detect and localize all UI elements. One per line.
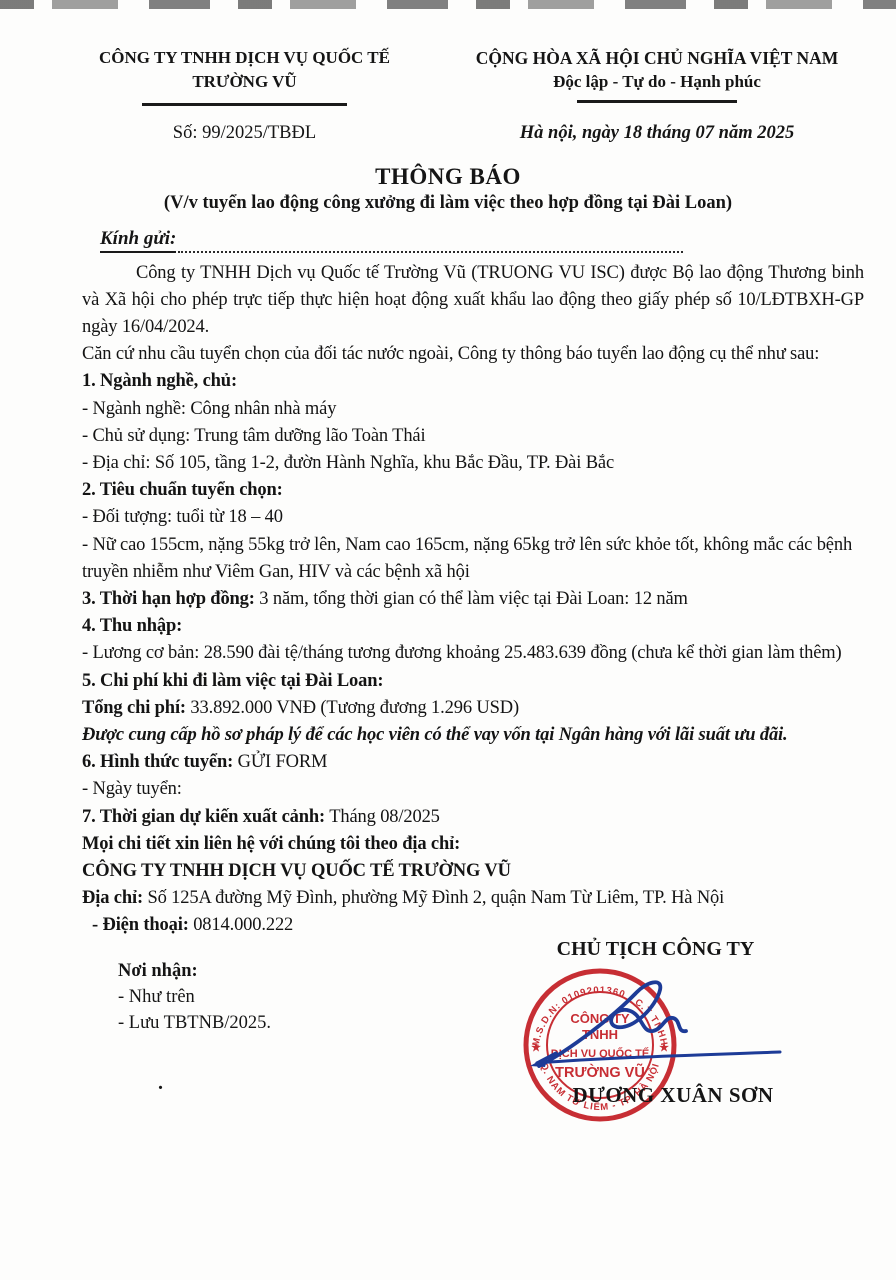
body-line-text: - Ngày tuyển: [82,779,182,799]
body-line: 1. Ngành nghề, chủ: [82,368,864,395]
body-line-bold-text: 3. Thời hạn hợp đồng: [82,589,255,609]
body-line-bold-text: 1. Ngành nghề, chủ: [82,371,237,391]
body-line: - Ngành nghề: Công nhân nhà máy [82,396,864,423]
body-line-bold-text: 7. Thời gian dự kiến xuất cảnh: [82,807,325,827]
body-line-text: Số 125A đường Mỹ Đình, phường Mỹ Đình 2,… [143,888,724,908]
document-body: Công ty TNHH Dịch vụ Quốc tế Trường Vũ (… [82,260,864,940]
body-line: - Địa chỉ: Số 105, tầng 1-2, đườn Hành N… [82,450,864,477]
body-line: Căn cứ nhu cầu tuyển chọn của đối tác nư… [82,341,864,368]
body-line-bold-text: 4. Thu nhập: [82,616,182,636]
body-line: 3. Thời hạn hợp đồng: 3 năm, tổng thời g… [82,586,864,613]
body-line-text: Căn cứ nhu cầu tuyển chọn của đối tác nư… [82,344,819,364]
handwritten-signature [512,974,802,1078]
body-line: Tổng chi phí: 33.892.000 VNĐ (Tương đươn… [82,695,864,722]
signer-title: CHỦ TỊCH CÔNG TY [548,938,763,961]
body-line: Được cung cấp hồ sơ pháp lý để các học v… [82,722,864,749]
national-header-block: CỘNG HÒA XÃ HỘI CHỦ NGHĨA VIỆT NAM Độc l… [437,46,877,106]
body-line-text: - Chủ sử dụng: Trung tâm dưỡng lão Toàn … [82,426,425,446]
body-line: 7. Thời gian dự kiến xuất cảnh: Tháng 08… [82,804,864,831]
dotted-leader-line [178,231,683,253]
national-motto: Độc lập - Tự do - Hạnh phúc [437,70,877,94]
recipients-label: Nơi nhận: [118,958,271,984]
recipients-item: - Lưu TBTNB/2025. [118,1010,271,1036]
body-line: 4. Thu nhập: [82,613,864,640]
body-line: 2. Tiêu chuẩn tuyển chọn: [82,477,864,504]
document-subtitle: (V/v tuyển lao động công xưởng đi làm vi… [0,193,896,214]
body-line: Công ty TNHH Dịch vụ Quốc tế Trường Vũ (… [82,260,864,342]
body-line: 5. Chi phí khi đi làm việc tại Đài Loan: [82,668,864,695]
signature-underline [537,1052,780,1063]
body-line: 6. Hình thức tuyển: GỬI FORM [82,749,864,776]
ink-dot-artifact: . [158,1072,163,1095]
scan-artifact-top [0,0,896,9]
body-line-text: - Địa chỉ: Số 105, tầng 1-2, đườn Hành N… [82,453,614,473]
recipients-block: Nơi nhận: - Như trên - Lưu TBTNB/2025. [118,958,271,1036]
issuer-name-line1: CÔNG TY TNHH DỊCH VỤ QUỐC TẾ [72,46,417,70]
place-and-date: Hà nội, ngày 18 tháng 07 năm 2025 [437,123,877,144]
salutation-label: Kính gửi: [100,228,176,253]
recipients-item: - Như trên [118,984,271,1010]
body-line: Mọi chi tiết xin liên hệ với chúng tôi t… [82,831,864,858]
reference-row: Số: 99/2025/TBĐL Hà nội, ngày 18 tháng 0… [0,123,896,144]
motto-underline [577,100,737,103]
body-line: CÔNG TY TNHH DỊCH VỤ QUỐC TẾ TRƯỜNG VŨ [82,858,864,885]
body-line-text: Tháng 08/2025 [325,807,440,827]
body-line-bold-text: Được cung cấp hồ sơ pháp lý để các học v… [82,725,788,745]
body-line: - Nữ cao 155cm, nặng 55kg trở lên, Nam c… [82,532,864,586]
salutation-row: Kính gửi: [100,227,896,253]
body-line-bold-text: CÔNG TY TNHH DỊCH VỤ QUỐC TẾ TRƯỜNG VŨ [82,861,511,881]
issuer-block: CÔNG TY TNHH DỊCH VỤ QUỐC TẾ TRƯỜNG VŨ [72,46,417,106]
body-line: - Điện thoại: 0814.000.222 [82,912,864,939]
body-line: - Lương cơ bản: 28.590 đài tệ/tháng tươn… [82,640,864,667]
body-line-bold-text: 6. Hình thức tuyển: [82,752,233,772]
body-line-text: - Nữ cao 155cm, nặng 55kg trở lên, Nam c… [82,535,852,582]
document-number: Số: 99/2025/TBĐL [72,123,417,144]
body-line-text: GỬI FORM [233,752,327,772]
body-line-bold-text: Mọi chi tiết xin liên hệ với chúng tôi t… [82,834,460,854]
body-line-text: Công ty TNHH Dịch vụ Quốc tế Trường Vũ (… [82,263,864,337]
body-line-bold-text: Địa chỉ: [82,888,143,908]
national-title: CỘNG HÒA XÃ HỘI CHỦ NGHĨA VIỆT NAM [437,46,877,70]
body-line-text: 3 năm, tổng thời gian có thể làm việc tạ… [255,589,688,609]
body-line-text: - Lương cơ bản: 28.590 đài tệ/tháng tươn… [82,643,842,663]
body-line-bold-text: - Điện thoại: [92,915,189,935]
document-page: CÔNG TY TNHH DỊCH VỤ QUỐC TẾ TRƯỜNG VŨ C… [0,0,896,1280]
body-line: - Ngày tuyển: [82,776,864,803]
signature-flourish [539,982,686,1066]
signature-tip-point [530,1056,548,1067]
body-line-bold-text: Tổng chi phí: [82,698,186,718]
body-line: Địa chỉ: Số 125A đường Mỹ Đình, phường M… [82,885,864,912]
signer-name: DƯƠNG XUÂN SƠN [548,1083,798,1108]
body-line-bold-text: 5. Chi phí khi đi làm việc tại Đài Loan: [82,671,383,691]
body-line-text: 33.892.000 VNĐ (Tương đương 1.296 USD) [186,698,519,718]
body-line-text: 0814.000.222 [189,915,293,935]
body-line-bold-text: 2. Tiêu chuẩn tuyển chọn: [82,480,283,500]
body-line: - Chủ sử dụng: Trung tâm dưỡng lão Toàn … [82,423,864,450]
document-header: CÔNG TY TNHH DỊCH VỤ QUỐC TẾ TRƯỜNG VŨ C… [0,0,896,106]
issuer-underline [142,103,347,106]
body-line: - Đối tượng: tuổi từ 18 – 40 [82,504,864,531]
document-title: THÔNG BÁO [0,164,896,190]
issuer-name-line2: TRƯỜNG VŨ [72,70,417,94]
body-line-text: - Ngành nghề: Công nhân nhà máy [82,399,336,419]
body-line-text: - Đối tượng: tuổi từ 18 – 40 [82,507,283,527]
